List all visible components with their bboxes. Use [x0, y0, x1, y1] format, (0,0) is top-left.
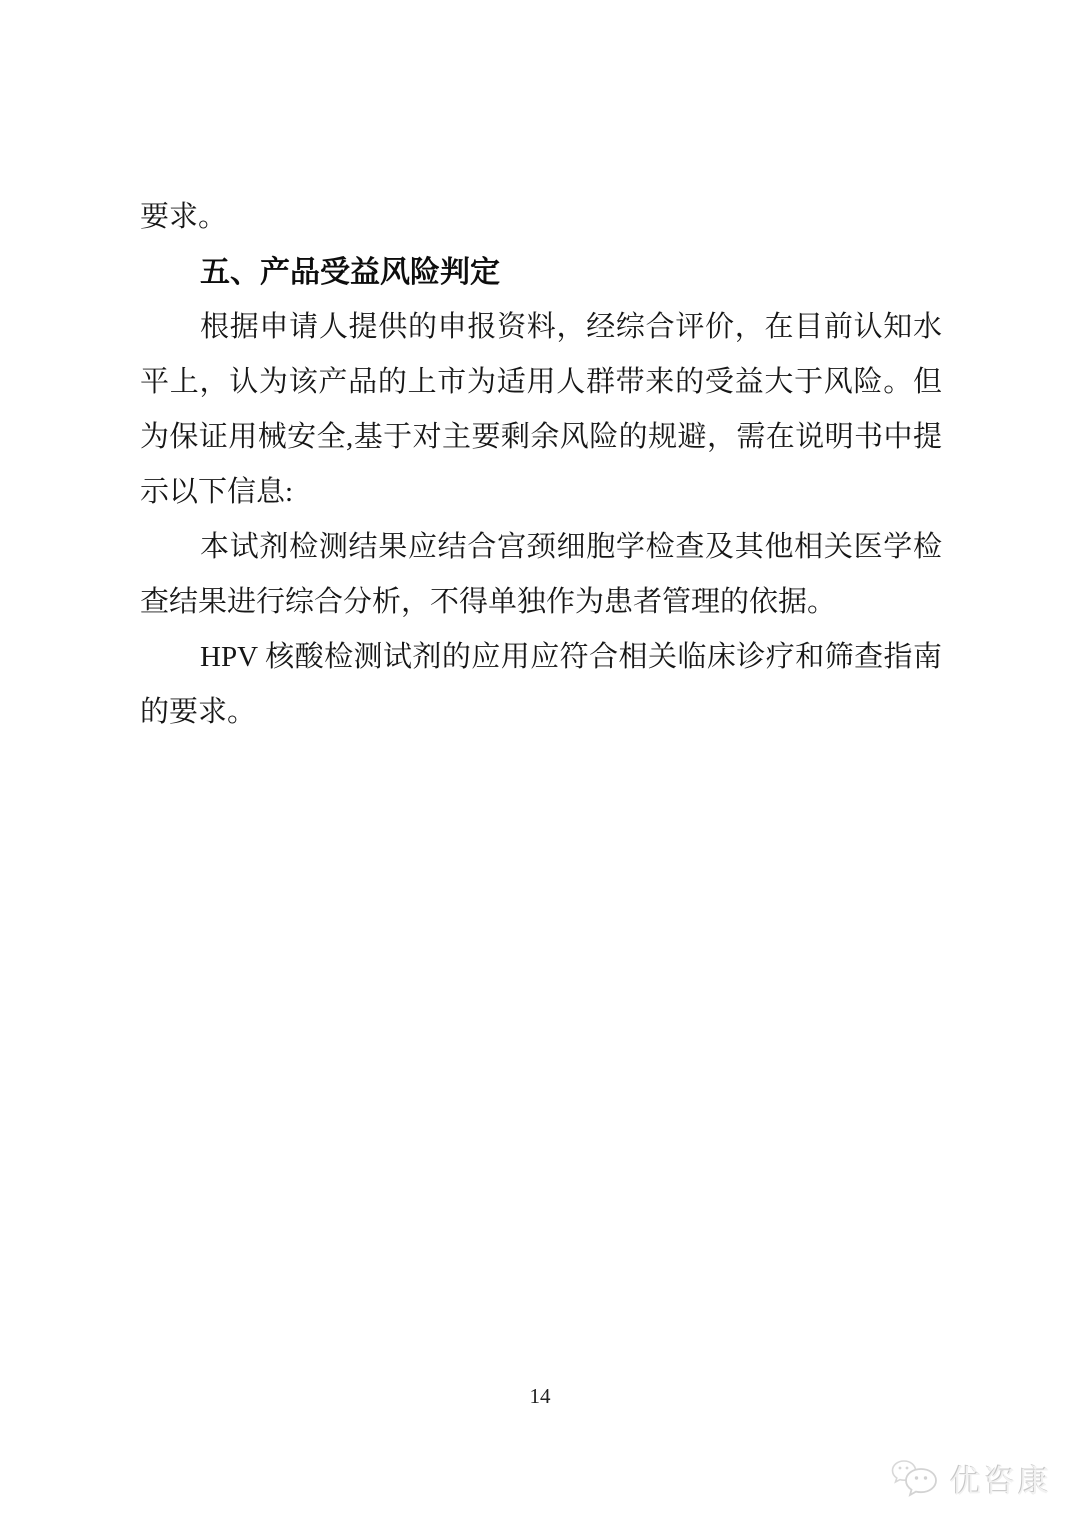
document-body: 要求。五、产品受益风险判定根据申请人提供的申报资料，经综合评价，在目前认知水平上… [140, 190, 942, 740]
text-line: 本试剂检测结果应结合宫颈细胞学检查及其他相关医学检 [140, 520, 942, 575]
text-line: 根据申请人提供的申报资料，经综合评价，在目前认知水 [140, 300, 942, 355]
document-page: 要求。五、产品受益风险判定根据申请人提供的申报资料，经综合评价，在目前认知水平上… [0, 0, 1080, 1528]
watermark: 优咨康 [890, 1456, 1052, 1501]
text-line: 的要求。 [140, 685, 942, 740]
section-heading: 五、产品受益风险判定 [140, 245, 942, 300]
wechat-bubbles-icon [890, 1457, 940, 1501]
text-line: 为保证用械安全,基于对主要剩余风险的规避，需在说明书中提 [140, 410, 942, 465]
text-line: 要求。 [140, 190, 942, 245]
text-line: 查结果进行综合分析，不得单独作为患者管理的依据。 [140, 575, 942, 630]
text-line: 示以下信息: [140, 465, 942, 520]
watermark-text: 优咨康 [950, 1456, 1052, 1501]
page-number: 14 [0, 1384, 1080, 1409]
text-line: HPV 核酸检测试剂的应用应符合相关临床诊疗和筛查指南 [140, 630, 942, 685]
text-line: 平上，认为该产品的上市为适用人群带来的受益大于风险。但 [140, 355, 942, 410]
